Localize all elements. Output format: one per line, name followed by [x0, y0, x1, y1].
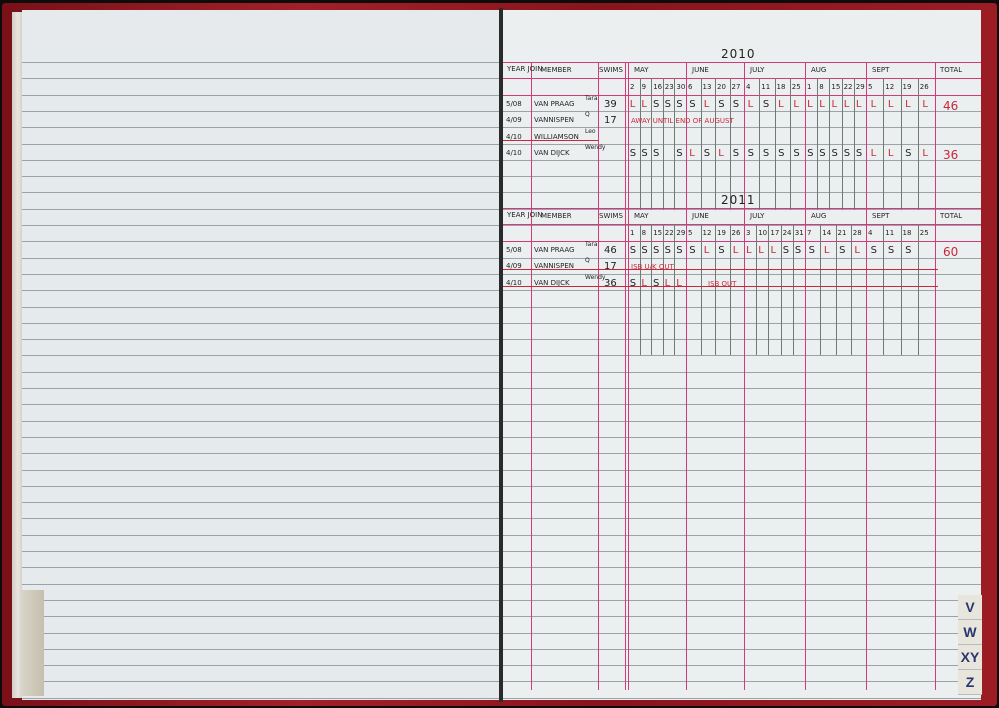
date-label: 26: [732, 230, 741, 237]
attendance-mark: L: [665, 279, 671, 289]
pencil-column: [701, 224, 702, 355]
header-year-joined: YEAR JOIN: [507, 212, 542, 219]
header-member: MEMBER: [541, 67, 572, 74]
attendance-mark: L: [888, 100, 894, 110]
date-label: 12: [703, 230, 712, 237]
attendance-mark: L: [922, 100, 928, 110]
attendance-mark: S: [793, 149, 799, 159]
row-member: VAN PRAAG: [534, 247, 574, 254]
pencil-column: [759, 78, 760, 210]
ruled-line: [22, 258, 499, 259]
ruled-line: [503, 665, 981, 666]
pencil-column: [901, 224, 902, 355]
attendance-mark: L: [778, 100, 784, 110]
ruled-line: [503, 225, 981, 226]
column-divider: [866, 208, 867, 690]
ruled-line: [22, 144, 499, 145]
date-label: 4: [868, 230, 872, 237]
month-header: JULY: [750, 213, 764, 220]
strike-through: [503, 140, 598, 141]
header-swims: SWIMS: [599, 213, 623, 220]
ruled-line: [22, 404, 499, 405]
ruled-line: [503, 502, 981, 503]
ruled-line: [503, 421, 981, 422]
ruled-line: [503, 518, 981, 519]
ruled-line: [503, 404, 981, 405]
ruled-line: [22, 665, 499, 666]
ruled-line: [22, 567, 499, 568]
row-member-note: Leo: [585, 129, 596, 135]
attendance-mark: L: [758, 246, 764, 256]
dates-rule: [503, 241, 981, 242]
ruled-line: [503, 600, 981, 601]
attendance-mark: L: [844, 100, 850, 110]
ruled-line: [22, 355, 499, 356]
ruled-line: [22, 486, 499, 487]
row-member: VAN PRAAG: [534, 101, 574, 108]
attendance-mark: S: [819, 149, 825, 159]
header-total: TOTAL: [940, 213, 962, 220]
row-member-note: Q: [585, 258, 590, 264]
column-divider: [531, 208, 532, 690]
date-label: 10: [758, 230, 767, 237]
attendance-mark: S: [856, 149, 862, 159]
row-swims: 36: [604, 279, 617, 289]
right-page: 2010YEAR JOINMEMBERSWIMSTOTALMAY29162330…: [503, 10, 981, 700]
ruled-line: [22, 633, 499, 634]
ruled-line: [22, 421, 499, 422]
ruled-line: [22, 616, 499, 617]
row-join-date: 5/08: [506, 247, 522, 254]
date-label: 24: [783, 230, 792, 237]
attendance-mark: S: [653, 279, 659, 289]
date-label: 18: [777, 84, 786, 91]
ruled-line: [22, 78, 499, 79]
ruled-line: [22, 470, 499, 471]
pencil-column: [836, 224, 837, 355]
row-member: VAN DIJCK: [534, 150, 570, 157]
attendance-mark: L: [856, 100, 862, 110]
attendance-mark: S: [733, 149, 739, 159]
column-divider: [744, 208, 745, 690]
ruled-line: [22, 535, 499, 536]
date-label: 19: [903, 84, 912, 91]
pencil-column: [715, 78, 716, 210]
date-label: 16: [653, 84, 662, 91]
date-label: 20: [717, 84, 726, 91]
attendance-mark: L: [819, 100, 825, 110]
month-header: JUNE: [692, 213, 709, 220]
date-label: 23: [665, 84, 674, 91]
pencil-column: [883, 224, 884, 355]
attendance-mark: L: [718, 149, 724, 159]
table-year: 2011: [721, 194, 756, 206]
date-label: 25: [920, 230, 929, 237]
date-label: 27: [732, 84, 741, 91]
pencil-column: [901, 78, 902, 210]
attendance-mark: L: [824, 246, 830, 256]
row-remark: AWAY UNTIL END OF AUGUST: [631, 118, 734, 125]
ruled-line: [503, 290, 981, 291]
ruled-line: [22, 176, 499, 177]
attendance-mark: S: [641, 149, 647, 159]
ruled-line: [22, 323, 499, 324]
row-swims: 46: [604, 246, 617, 256]
attendance-mark: S: [905, 246, 911, 256]
date-label: 29: [676, 230, 685, 237]
column-divider: [625, 208, 626, 690]
pencil-column: [851, 224, 852, 355]
attendance-mark: S: [718, 246, 724, 256]
ruled-line: [22, 111, 499, 112]
date-label: 14: [822, 230, 831, 237]
date-label: 1: [630, 230, 634, 237]
pencil-column: [854, 78, 855, 210]
attendance-mark: S: [763, 149, 769, 159]
attendance-mark: L: [641, 100, 647, 110]
date-label: 15: [653, 230, 662, 237]
month-header: JUNE: [692, 67, 709, 74]
attendance-mark: L: [689, 149, 695, 159]
strike-through: [503, 286, 938, 287]
ruled-line: [22, 518, 499, 519]
attendance-mark: S: [733, 100, 739, 110]
ruled-line: [503, 649, 981, 650]
ruled-line: [22, 372, 499, 373]
date-label: 29: [856, 84, 865, 91]
pencil-column: [883, 78, 884, 210]
column-divider: [935, 208, 936, 690]
pencil-column: [768, 224, 769, 355]
date-label: 25: [792, 84, 801, 91]
ruled-line: [503, 258, 981, 259]
date-label: 7: [807, 230, 811, 237]
pencil-column: [701, 78, 702, 210]
attendance-mark: S: [676, 149, 682, 159]
ruled-line: [503, 274, 981, 275]
date-label: 12: [885, 84, 894, 91]
attendance-mark: S: [630, 149, 636, 159]
date-label: 5: [688, 230, 692, 237]
ruled-line: [22, 681, 499, 682]
attendance-mark: S: [871, 246, 877, 256]
row-member-note: Q: [585, 112, 590, 118]
pencil-column: [674, 78, 675, 210]
attendance-mark: S: [653, 246, 659, 256]
attendance-mark: S: [676, 100, 682, 110]
header-member: MEMBER: [541, 213, 572, 220]
column-divider: [686, 208, 687, 690]
date-label: 22: [665, 230, 674, 237]
ruled-line: [22, 453, 499, 454]
ruled-line: [22, 127, 499, 128]
table-year: 2010: [721, 48, 756, 60]
date-label: 21: [838, 230, 847, 237]
attendance-mark: S: [748, 149, 754, 159]
ruled-line: [503, 176, 981, 177]
column-divider: [805, 208, 806, 690]
pencil-column: [793, 224, 794, 355]
pencil-column: [918, 224, 919, 355]
row-member: VANNISPEN: [534, 117, 574, 124]
attendance-mark: S: [763, 100, 769, 110]
row-total: 46: [943, 100, 958, 112]
attendance-mark: S: [704, 149, 710, 159]
attendance-mark: S: [807, 149, 813, 159]
row-total: 60: [943, 246, 958, 258]
attendance-mark: S: [641, 246, 647, 256]
attendance-mark: S: [630, 246, 636, 256]
month-header: MAY: [634, 213, 649, 220]
pencil-column: [651, 78, 652, 210]
row-member-note: Wendy: [585, 145, 605, 151]
header-rule: [503, 78, 981, 79]
pencil-column: [842, 78, 843, 210]
header-swims: SWIMS: [599, 67, 623, 74]
dates-rule: [503, 95, 981, 96]
pencil-column: [829, 78, 830, 210]
ruled-line: [22, 437, 499, 438]
row-member-note: Wendy: [585, 275, 605, 281]
date-label: 13: [703, 84, 712, 91]
month-header: JULY: [750, 67, 764, 74]
date-label: 11: [761, 84, 770, 91]
ruled-line: [503, 567, 981, 568]
date-label: 19: [717, 230, 726, 237]
attendance-mark: S: [630, 279, 636, 289]
row-swims: 17: [604, 262, 617, 272]
index-tab-z[interactable]: Z: [958, 670, 982, 695]
month-header: MAY: [634, 67, 649, 74]
ruled-line: [503, 323, 981, 324]
ruled-line: [503, 388, 981, 389]
ruled-line: [22, 225, 499, 226]
attendance-mark: L: [704, 246, 710, 256]
date-label: 2: [630, 84, 634, 91]
left-page: [22, 10, 499, 700]
attendance-mark: S: [778, 149, 784, 159]
row-total: 36: [943, 149, 958, 161]
alphabet-index-tabs: VWXYZ: [958, 595, 982, 695]
ruled-line: [503, 437, 981, 438]
date-label: 6: [688, 84, 692, 91]
index-tab-xy[interactable]: XY: [958, 645, 982, 670]
row-member-note: Tara: [585, 96, 598, 102]
attendance-mark: L: [922, 149, 928, 159]
ruled-line: [503, 160, 981, 161]
date-label: 5: [868, 84, 872, 91]
attendance-mark: S: [718, 100, 724, 110]
torn-page-stub: [22, 590, 44, 696]
row-join-date: 5/08: [506, 101, 522, 108]
ruled-line: [22, 290, 499, 291]
month-header: AUG: [811, 67, 826, 74]
ruled-line: [22, 551, 499, 552]
table-top-rule: [503, 62, 981, 63]
attendance-mark: L: [807, 100, 813, 110]
attendance-mark: L: [733, 246, 739, 256]
attendance-mark: L: [704, 100, 710, 110]
date-label: 18: [903, 230, 912, 237]
attendance-mark: L: [871, 149, 877, 159]
strike-through: [503, 269, 938, 270]
attendance-mark: S: [832, 149, 838, 159]
pencil-column: [775, 78, 776, 210]
attendance-mark: S: [844, 149, 850, 159]
ruled-line: [503, 307, 981, 308]
attendance-mark: S: [888, 246, 894, 256]
pencil-column: [663, 78, 664, 210]
date-label: 9: [642, 84, 646, 91]
ruled-line: [503, 633, 981, 634]
date-label: 22: [844, 84, 853, 91]
attendance-mark: S: [783, 246, 789, 256]
ruled-line: [22, 388, 499, 389]
ruled-line: [22, 209, 499, 210]
date-label: 1: [807, 84, 811, 91]
ruled-line: [22, 241, 499, 242]
pencil-column: [651, 224, 652, 355]
attendance-mark: L: [676, 279, 682, 289]
attendance-mark: L: [871, 100, 877, 110]
pencil-column: [730, 78, 731, 210]
date-label: 31: [795, 230, 804, 237]
table-top-rule: [503, 208, 981, 209]
ruled-line: [22, 95, 499, 96]
attendance-mark: S: [653, 100, 659, 110]
ruled-line: [503, 372, 981, 373]
attendance-mark: S: [653, 149, 659, 159]
ruled-line: [22, 339, 499, 340]
ruled-line: [22, 274, 499, 275]
ruled-line: [22, 600, 499, 601]
attendance-mark: L: [630, 100, 636, 110]
pencil-column: [820, 224, 821, 355]
ruled-line: [503, 535, 981, 536]
pencil-column: [781, 224, 782, 355]
attendance-mark: S: [665, 100, 671, 110]
ruled-line: [503, 698, 981, 699]
attendance-mark: L: [641, 279, 647, 289]
header-year-joined: YEAR JOIN: [507, 66, 542, 73]
attendance-mark: L: [793, 100, 799, 110]
pencil-column: [640, 224, 641, 355]
date-label: 8: [819, 84, 823, 91]
pencil-column: [730, 224, 731, 355]
attendance-mark: S: [689, 246, 695, 256]
pencil-column: [790, 78, 791, 210]
attendance-mark: L: [854, 246, 860, 256]
ruled-line: [22, 62, 499, 63]
ruled-line: [503, 127, 981, 128]
row-swims: 39: [604, 100, 617, 110]
pencil-column: [674, 224, 675, 355]
attendance-mark: L: [888, 149, 894, 159]
date-label: 26: [920, 84, 929, 91]
attendance-mark: L: [771, 246, 777, 256]
ruled-line: [503, 339, 981, 340]
ruled-line: [503, 681, 981, 682]
attendance-mark: S: [795, 246, 801, 256]
date-label: 11: [885, 230, 894, 237]
month-header: AUG: [811, 213, 826, 220]
ruled-line: [503, 111, 981, 112]
attendance-mark: S: [839, 246, 845, 256]
date-label: 3: [746, 230, 750, 237]
index-tab-w[interactable]: W: [958, 620, 982, 645]
row-swims: 17: [604, 116, 617, 126]
ruled-line: [22, 698, 499, 699]
pencil-column: [756, 224, 757, 355]
ruled-line: [22, 584, 499, 585]
ruled-line: [503, 551, 981, 552]
attendance-mark: S: [676, 246, 682, 256]
ruled-line: [22, 192, 499, 193]
row-join-date: 4/09: [506, 117, 522, 124]
month-header: SEPT: [872, 67, 889, 74]
ruled-line: [503, 616, 981, 617]
attendance-mark: S: [905, 149, 911, 159]
pencil-column: [715, 224, 716, 355]
date-label: 8: [642, 230, 646, 237]
date-label: 15: [831, 84, 840, 91]
date-label: 28: [853, 230, 862, 237]
date-label: 30: [676, 84, 685, 91]
ruled-line: [22, 502, 499, 503]
month-header: SEPT: [872, 213, 889, 220]
attendance-mark: S: [809, 246, 815, 256]
pencil-column: [918, 78, 919, 210]
row-member-note: Tara: [585, 242, 598, 248]
attendance-mark: L: [748, 100, 754, 110]
pencil-column: [817, 78, 818, 210]
header-rule: [503, 224, 981, 225]
index-tab-v[interactable]: V: [958, 595, 982, 620]
ruled-line: [503, 584, 981, 585]
attendance-mark: L: [905, 100, 911, 110]
ruled-line: [22, 649, 499, 650]
attendance-mark: S: [689, 100, 695, 110]
attendance-mark: L: [832, 100, 838, 110]
date-label: 17: [770, 230, 779, 237]
attendance-mark: S: [665, 246, 671, 256]
ruled-line: [503, 453, 981, 454]
ruled-line: [22, 307, 499, 308]
attendance-mark: L: [746, 246, 752, 256]
ruled-line: [22, 160, 499, 161]
ruled-line: [503, 144, 981, 145]
header-total: TOTAL: [940, 67, 962, 74]
row-join-date: 4/10: [506, 150, 522, 157]
date-label: 4: [746, 84, 750, 91]
ruled-line: [503, 470, 981, 471]
ruled-line: [503, 486, 981, 487]
pencil-column: [640, 78, 641, 210]
ruled-line: [503, 355, 981, 356]
pencil-column: [663, 224, 664, 355]
